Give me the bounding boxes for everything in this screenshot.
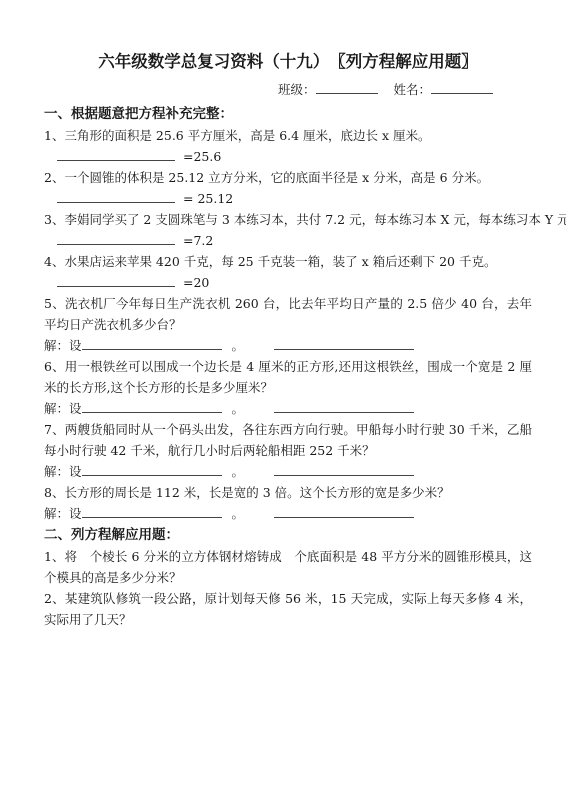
equation-line-4: =20 — [44, 272, 532, 293]
equation-blank-1 — [57, 147, 175, 161]
solution-line-5: 解：设。 — [44, 335, 532, 356]
solve-prefix-6: 解：设 — [44, 401, 82, 416]
solution-blank-5b — [274, 336, 414, 350]
solution-line-6: 解：设。 — [44, 398, 532, 419]
equation-line-2: = 25.12 — [44, 188, 532, 209]
equation-rhs-4: =20 — [183, 275, 209, 290]
equation-line-3: =7.2 — [44, 230, 532, 251]
solution-blank-7b — [274, 462, 414, 476]
section2-question-2-text: 2、某建筑队修筑一段公路，原计划每天修 56 米，15 天完成，实际上每天多修 … — [44, 588, 532, 630]
solution-blank-7a — [82, 462, 222, 476]
solution-blank-8b — [274, 504, 414, 518]
solution-line-7: 解：设。 — [44, 461, 532, 482]
equation-blank-3 — [57, 231, 175, 245]
solution-blank-6b — [274, 399, 414, 413]
solve-prefix-7: 解：设 — [44, 464, 82, 479]
equation-rhs-3: =7.2 — [183, 233, 213, 248]
solution-blank-5a — [82, 336, 222, 350]
solution-line-8: 解：设。 — [44, 503, 532, 524]
period-6: 。 — [232, 401, 245, 416]
period-8: 。 — [232, 506, 245, 521]
question-6-text: 6、用一根铁丝可以围成一个边长是 4 厘米的正方形,还用这根铁丝，围成一个宽是 … — [44, 356, 532, 398]
worksheet-page: 六年级数学总复习资料（十九） 〖列方程解应用题〗 班级：姓名： 一、根据题意把方… — [0, 0, 566, 800]
page-title: 六年级数学总复习资料（十九） 〖列方程解应用题〗 — [44, 50, 532, 74]
equation-rhs-1: =25.6 — [183, 149, 221, 164]
solution-blank-6a — [82, 399, 222, 413]
question-2-text: 2、一个圆锥的体积是 25.12 立方分米，它的底面半径是 x 分米，高是 6 … — [44, 167, 532, 188]
question-5-text: 5、洗衣机厂今年每日生产洗衣机 260 台，比去年平均日产量的 2.5 倍少 4… — [44, 293, 532, 335]
equation-blank-4 — [57, 273, 175, 287]
question-1-text: 1、三角形的面积是 25.6 平方厘米，高是 6.4 厘米，底边长 x 厘米。 — [44, 125, 532, 146]
question-7-text: 7、两艘货船同时从一个码头出发，各往东西方向行驶。甲船每小时行驶 30 千米，乙… — [44, 419, 532, 461]
section2-heading: 二、列方程解应用题： — [44, 524, 532, 546]
equation-blank-2 — [57, 189, 175, 203]
name-label: 姓名： — [394, 82, 432, 97]
question-4-text: 4、水果店运来苹果 420 千克，每 25 千克装一箱，装了 x 箱后还剩下 2… — [44, 251, 532, 272]
section2-question-1-text: 1、将 个棱长 6 分米的立方体钢材熔铸成 个底面积是 48 平方分米的圆锥形模… — [44, 546, 532, 588]
name-blank — [431, 80, 493, 94]
period-7: 。 — [232, 464, 245, 479]
solution-blank-8a — [82, 504, 222, 518]
class-blank — [316, 80, 378, 94]
equation-line-1: =25.6 — [44, 146, 532, 167]
period-5: 。 — [232, 338, 245, 353]
question-8-text: 8、长方形的周长是 112 米，长是宽的 3 倍。这个长方形的宽是多少米？ — [44, 482, 532, 503]
solve-prefix-8: 解：设 — [44, 506, 82, 521]
equation-rhs-2: = 25.12 — [183, 191, 233, 206]
question-3-text: 3、李娟同学买了 2 支圆珠笔与 3 本练习本，共付 7.2 元，每本练习本 X… — [44, 209, 532, 230]
solve-prefix-5: 解：设 — [44, 338, 82, 353]
class-label: 班级： — [278, 82, 316, 97]
section1-heading: 一、根据题意把方程补充完整： — [44, 103, 532, 125]
student-info-line: 班级：姓名： — [278, 80, 532, 97]
